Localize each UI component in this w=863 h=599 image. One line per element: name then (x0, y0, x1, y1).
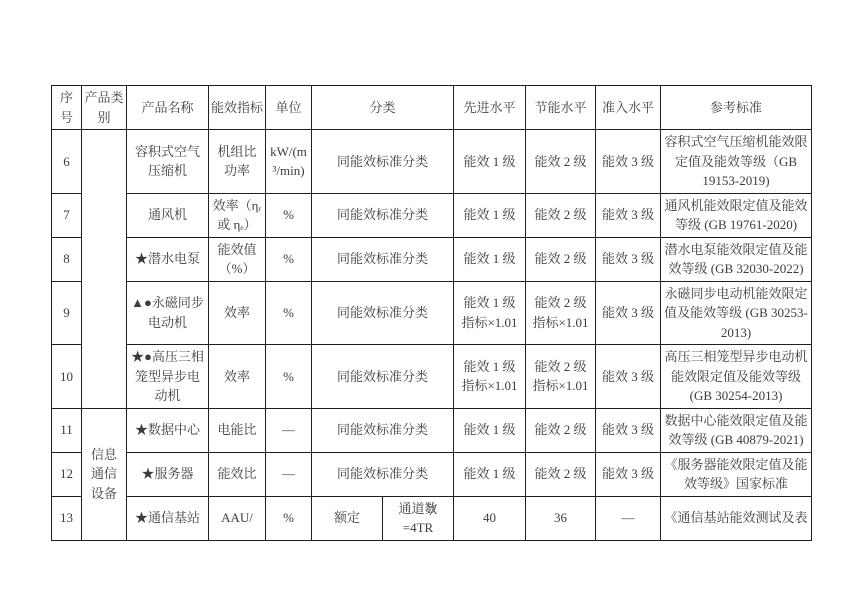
cell-saving: 能效 2 级 指标×1.01 (526, 281, 596, 345)
cell-classification: 同能效标准分类 (312, 452, 454, 496)
cell-no: 11 (52, 408, 82, 452)
cell-no: 6 (52, 130, 82, 194)
cell-indicator: 能效值（%） (209, 237, 266, 281)
col-header-category: 产品类别 (82, 86, 127, 130)
cell-classification: 同能效标准分类 (312, 281, 454, 345)
cell-saving: 能效 2 级 (526, 408, 596, 452)
cell-product-name: ★服务器 (127, 452, 209, 496)
col-header-saving: 节能水平 (526, 86, 596, 130)
cell-advanced: 能效 1 级 (454, 408, 526, 452)
cell-classification: 同能效标准分类 (312, 408, 454, 452)
cell-reference: 容积式空气压缩机能效限定值及能效等级（GB 19153-2019) (661, 130, 812, 194)
header-row: 序号 产品类别 产品名称 能效指标 单位 分类 先进水平 节能水平 准入水平 参… (52, 86, 812, 130)
cell-reference: 潜水电泵能效限定值及能效等级 (GB 32030-2022) (661, 237, 812, 281)
cell-product-name: ★潜水电泵 (127, 237, 209, 281)
cell-entry: 能效 3 级 (596, 193, 661, 237)
col-header-no: 序号 (52, 86, 82, 130)
table-row: 11 信息通信设备 ★数据中心 电能比 — 同能效标准分类 能效 1 级 能效 … (52, 408, 812, 452)
cell-product-name: 容积式空气压缩机 (127, 130, 209, 194)
col-header-unit: 单位 (266, 86, 312, 130)
cell-entry: 能效 3 级 (596, 130, 661, 194)
cell-advanced: 能效 1 级 指标×1.01 (454, 345, 526, 409)
table-row: 6 容积式空气压缩机 机组比功率 kW/(m³/min) 同能效标准分类 能效 … (52, 130, 812, 194)
cell-product-name: ★数据中心 (127, 408, 209, 452)
col-header-reference: 参考标准 (661, 86, 812, 130)
cell-advanced: 能效 1 级 (454, 130, 526, 194)
cell-category-ict: 信息通信设备 (82, 408, 127, 540)
cell-entry: 能效 3 级 (596, 281, 661, 345)
cell-entry: 能效 3 级 (596, 237, 661, 281)
cell-product-name: ★●高压三相笼型异步电动机 (127, 345, 209, 409)
cell-indicator: 能效比 (209, 452, 266, 496)
cell-saving: 能效 2 级 (526, 452, 596, 496)
col-header-classification: 分类 (312, 86, 454, 130)
col-header-advanced: 先进水平 (454, 86, 526, 130)
cell-indicator: 效率 (209, 281, 266, 345)
cell-unit: % (266, 237, 312, 281)
document-page: 序号 产品类别 产品名称 能效指标 单位 分类 先进水平 节能水平 准入水平 参… (0, 0, 863, 599)
cell-unit: kW/(m³/min) (266, 130, 312, 194)
cell-entry: 能效 3 级 (596, 345, 661, 409)
cell-product-name: 通风机 (127, 193, 209, 237)
cell-no: 7 (52, 193, 82, 237)
cell-no: 12 (52, 452, 82, 496)
cell-no: 10 (52, 345, 82, 409)
cell-no: 8 (52, 237, 82, 281)
col-header-indicator: 能效指标 (209, 86, 266, 130)
cell-classification: 同能效标准分类 (312, 193, 454, 237)
col-header-product-name: 产品名称 (127, 86, 209, 130)
table-row: 9 ▲●永磁同步电动机 效率 % 同能效标准分类 能效 1 级 指标×1.01 … (52, 281, 812, 345)
cell-classification: 同能效标准分类 (312, 237, 454, 281)
table-row: 7 通风机 效率（ηᵣ 或 ηₑ） % 同能效标准分类 能效 1 级 能效 2 … (52, 193, 812, 237)
energy-efficiency-table: 序号 产品类别 产品名称 能效指标 单位 分类 先进水平 节能水平 准入水平 参… (51, 85, 812, 541)
cell-indicator: 效率（ηᵣ 或 ηₑ） (209, 193, 266, 237)
cell-classification: 同能效标准分类 (312, 345, 454, 409)
cell-saving: 能效 2 级 (526, 130, 596, 194)
cell-unit: % (266, 345, 312, 409)
cell-classification: 同能效标准分类 (312, 130, 454, 194)
cell-indicator: 电能比 (209, 408, 266, 452)
cell-unit: — (266, 452, 312, 496)
cell-reference: 高压三相笼型异步电动机能效限定值及能效等级 (GB 30254-2013) (661, 345, 812, 409)
cell-advanced: 能效 1 级 (454, 452, 526, 496)
cell-saving: 能效 2 级 (526, 193, 596, 237)
page-number: 7 (0, 503, 863, 519)
cell-reference: 通风机能效限定值及能效等级 (GB 19761-2020) (661, 193, 812, 237)
cell-reference: 《服务器能效限定值及能效等级》国家标准 (661, 452, 812, 496)
cell-reference: 永磁同步电动机能效限定值及能效等级 (GB 30253-2013) (661, 281, 812, 345)
col-header-entry: 准入水平 (596, 86, 661, 130)
cell-advanced: 能效 1 级 (454, 193, 526, 237)
cell-reference: 数据中心能效限定值及能效等级 (GB 40879-2021) (661, 408, 812, 452)
cell-advanced: 能效 1 级 (454, 237, 526, 281)
cell-unit: — (266, 408, 312, 452)
cell-saving: 能效 2 级 (526, 237, 596, 281)
cell-product-name: ▲●永磁同步电动机 (127, 281, 209, 345)
cell-no: 9 (52, 281, 82, 345)
cell-unit: % (266, 193, 312, 237)
table-row: 8 ★潜水电泵 能效值（%） % 同能效标准分类 能效 1 级 能效 2 级 能… (52, 237, 812, 281)
table-row: 12 ★服务器 能效比 — 同能效标准分类 能效 1 级 能效 2 级 能效 3… (52, 452, 812, 496)
cell-advanced: 能效 1 级 指标×1.01 (454, 281, 526, 345)
table-row: 10 ★●高压三相笼型异步电动机 效率 % 同能效标准分类 能效 1 级 指标×… (52, 345, 812, 409)
cell-entry: 能效 3 级 (596, 408, 661, 452)
cell-entry: 能效 3 级 (596, 452, 661, 496)
cell-indicator: 效率 (209, 345, 266, 409)
cell-saving: 能效 2 级 指标×1.01 (526, 345, 596, 409)
cell-indicator: 机组比功率 (209, 130, 266, 194)
cell-category-blank (82, 130, 127, 409)
cell-unit: % (266, 281, 312, 345)
